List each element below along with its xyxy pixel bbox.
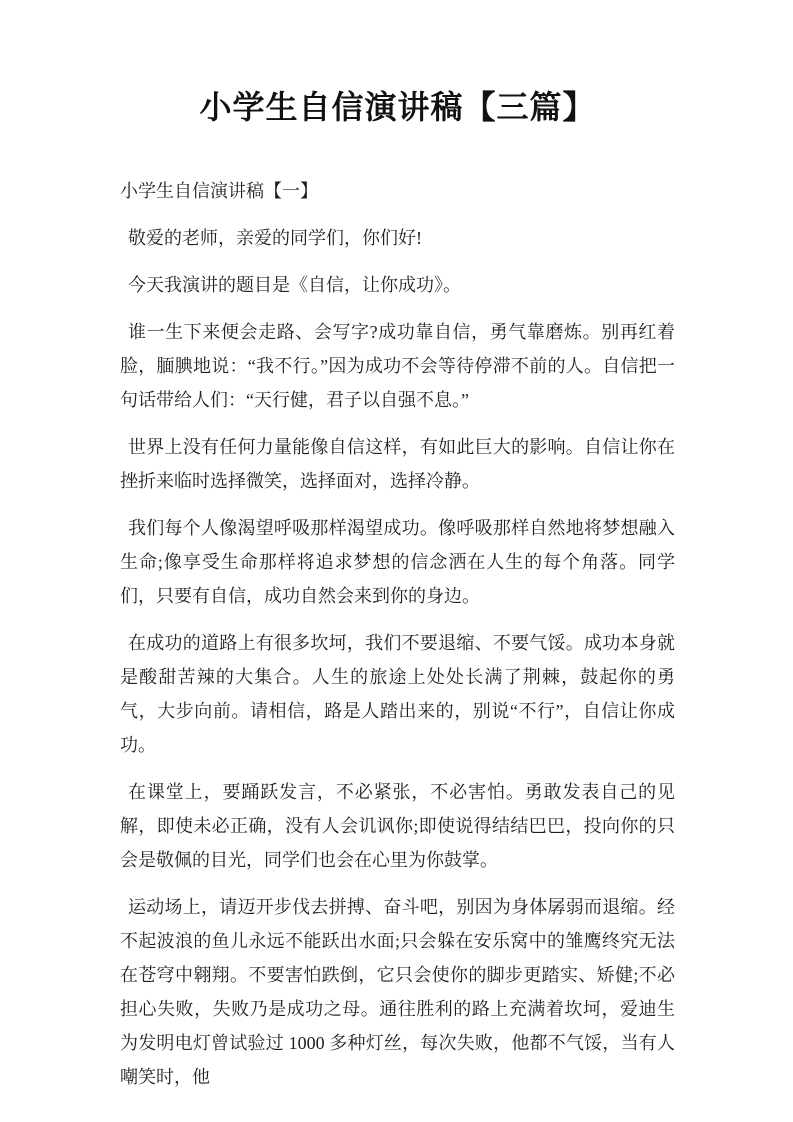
paragraph-body-3: 我们每个人像渴望呼吸那样渴望成功。像呼吸那样自然地将梦想融入生命;像享受生命那样… xyxy=(120,511,675,613)
paragraph-body-5: 在课堂上，要踊跃发言，不必紧张，不必害怕。勇敢发表自己的见解，即使未必正确，没有… xyxy=(120,775,675,877)
paragraph-body-2: 世界上没有任何力量能像自信这样，有如此巨大的影响。自信让你在挫折来临时选择微笑，… xyxy=(120,430,675,498)
paragraph-topic: 今天我演讲的题目是《自信，让你成功》。 xyxy=(120,268,675,302)
paragraph-greeting: 敬爱的老师，亲爱的同学们，你们好! xyxy=(120,221,675,255)
paragraph-body-4: 在成功的道路上有很多坎坷，我们不要退缩、不要气馁。成功本身就是酸甜苦辣的大集合。… xyxy=(120,626,675,762)
paragraph-body-1: 谁一生下来便会走路、会写字?成功靠自信，勇气靠磨炼。别再红着脸，腼腆地说：“我不… xyxy=(120,315,675,417)
document-page: 小学生自信演讲稿【三篇】 小学生自信演讲稿【一】 敬爱的老师，亲爱的同学们，你们… xyxy=(0,0,793,1122)
section-heading: 小学生自信演讲稿【一】 xyxy=(120,174,675,208)
paragraph-body-6: 运动场上，请迈开步伐去拼搏、奋斗吧，别因为身体孱弱而退缩。经不起波浪的鱼儿永远不… xyxy=(120,890,675,1094)
document-title: 小学生自信演讲稿【三篇】 xyxy=(120,86,675,129)
